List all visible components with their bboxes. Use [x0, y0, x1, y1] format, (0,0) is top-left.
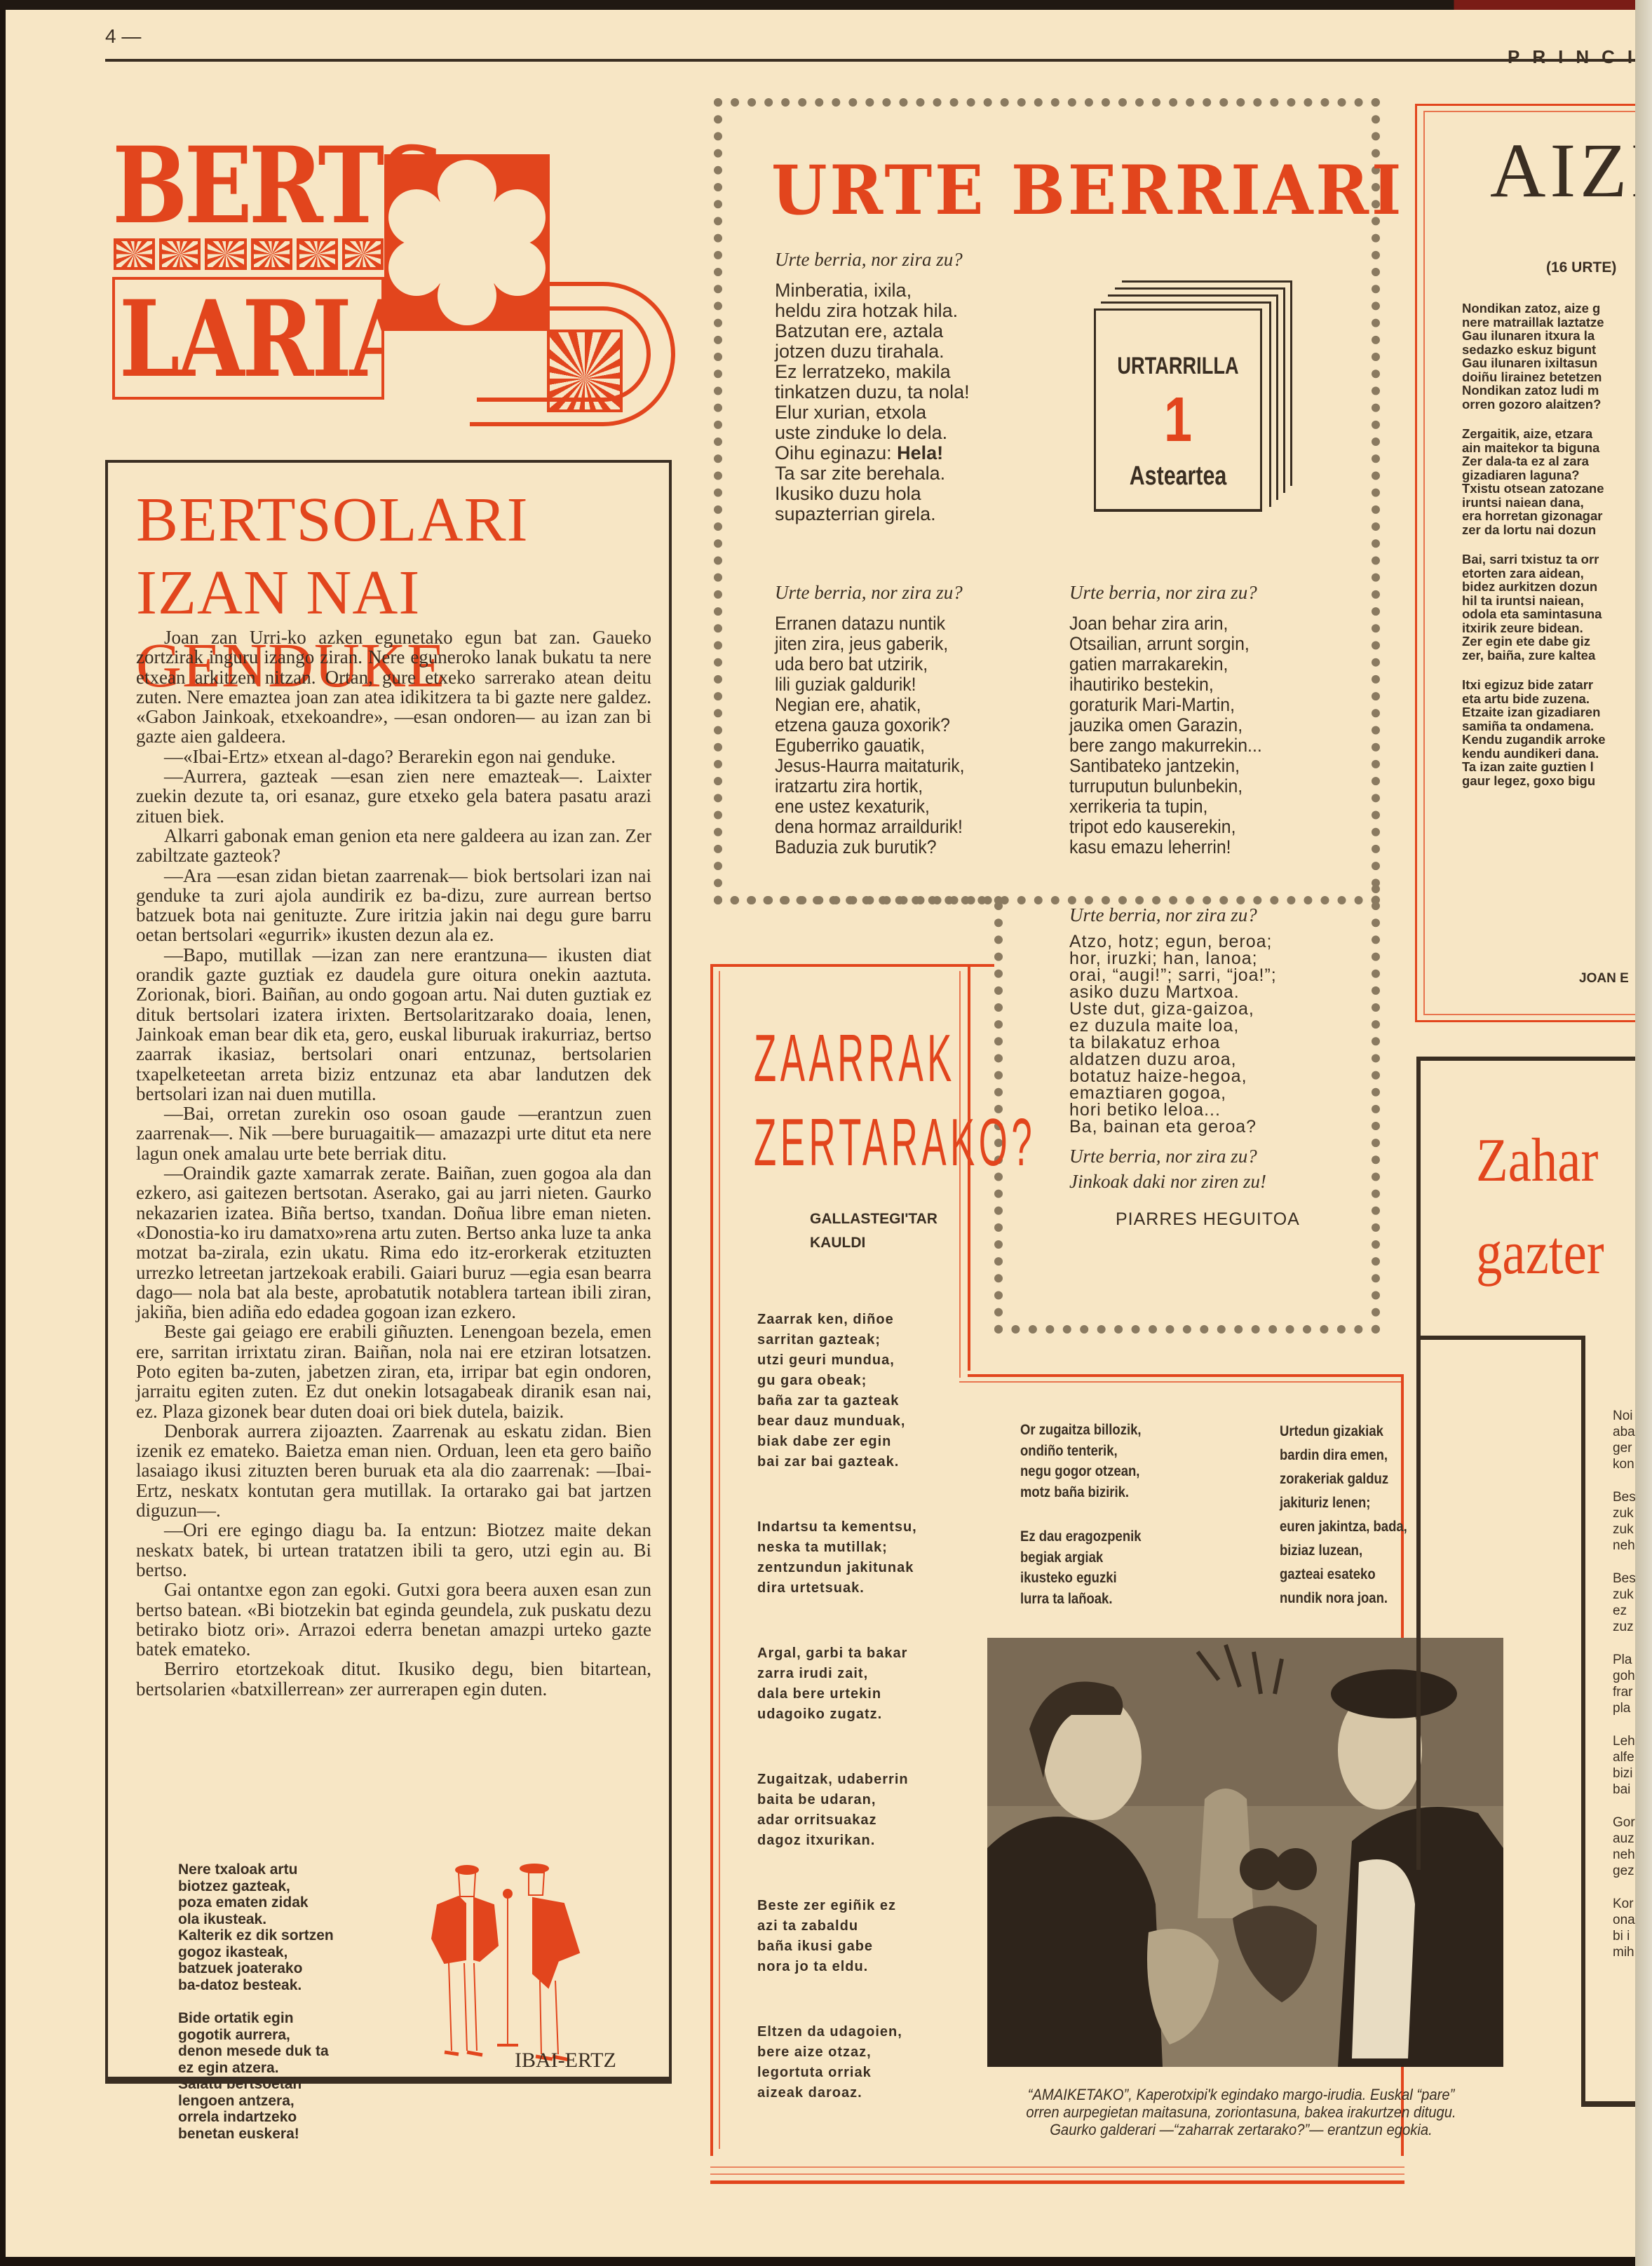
bertsolaria-logo: BERTS LARIA — [112, 140, 687, 421]
poem-stanza: Zergaitik, aize, etzaraain maitekor ta b… — [1462, 427, 1630, 536]
closing-line: Urte berria, nor zira zu? — [1069, 1144, 1300, 1169]
text-line: era horretan gizonagar — [1462, 509, 1630, 523]
poem-stanza: Nondikan zatoz, aize gnere matraillak la… — [1462, 301, 1630, 411]
verse-line: Otsailian, arrunt sorgin, — [1069, 634, 1262, 654]
refrain: Urte berria, nor zira zu? — [1069, 904, 1300, 926]
calendar-weekday: Asteartea — [1112, 461, 1243, 491]
caption-line: “AMAIKETAKO”, Kaperotxipi'k egindako mar… — [977, 2086, 1505, 2103]
logo-line-2-frame: LARIA — [112, 277, 384, 400]
verse-line: uste zinduke lo dela. — [775, 423, 970, 443]
flower-ornament-icon — [251, 238, 292, 270]
red-border — [710, 2166, 1404, 2168]
text-line: utzi geuri mundua, — [757, 1350, 917, 1371]
aize-title: AIZE — [1490, 126, 1652, 215]
refrain: Urte berria, nor zira zu? — [1069, 582, 1279, 604]
caption-line: Gaurko galderari —“zaharrak zertarako?”—… — [977, 2121, 1505, 2138]
text-line: Beste zer egiñik ez — [757, 1896, 917, 1916]
text-line: negu gogor otzean, — [1020, 1461, 1142, 1482]
text-line: bidez aurkitzen dozun — [1462, 580, 1630, 594]
poem-stanza: Urtedun gizakiakbardin dira emen,zoraker… — [1280, 1420, 1407, 1610]
text-line: baña ikusi gabe — [757, 1936, 917, 1957]
article-paragraph: —Aurrera, gazteak —esan zien nere emazte… — [136, 766, 651, 826]
title-line: ZERTARAKO? — [754, 1101, 1036, 1185]
text-line: jakituriz lenen; — [1280, 1491, 1407, 1515]
page-fold-edge — [1635, 0, 1652, 2266]
urte-stanza-1: Urte berria, nor zira zu? Minberatia, ix… — [775, 249, 970, 524]
verse-line: Negian ere, ahatik, — [775, 695, 965, 715]
poem-line: benetan euskera! — [178, 2126, 334, 2143]
zaarrak-author: GALLASTEGI'TAR KAULDI — [810, 1207, 937, 1255]
poem-stanza: Itxi egizuz bide zatarreta artu bide zuz… — [1462, 678, 1630, 787]
poem-line: ola ikusteak. — [178, 1911, 334, 1928]
text-line: gizadiaren laguna? — [1462, 468, 1630, 482]
poem-line: orrela indartzeko — [178, 2109, 334, 2126]
text-line: baita be udaran, — [757, 1790, 917, 1810]
verse-line: Erranen datazu nuntik — [775, 613, 965, 634]
verse-line: Elur xurian, etxola — [775, 402, 970, 423]
verse-line: jauzika omen Garazin, — [1069, 715, 1262, 735]
text-line: bere aize otzaz, — [757, 2042, 917, 2063]
poem-stanza: Eltzen da udagoien,bere aize otzaz,legor… — [757, 2022, 917, 2103]
verse-line: ez duzula maite loa, — [1069, 1017, 1300, 1034]
verse-line: tinkatzen duzu, ta nola! — [775, 382, 970, 402]
text-line: gaur legez, goxo bigu — [1462, 774, 1630, 788]
text-line: udagoiko zugatz. — [757, 1704, 917, 1725]
caption-line: orren aurpegietan maitasuna, zoriontasun… — [977, 2103, 1505, 2121]
verse-line: Ta sar zite berehala. — [775, 463, 970, 484]
bertsolaris-drawing — [424, 1861, 599, 2072]
zaarrak-poem-left: Zaarrak ken, diñoesarritan gazteak;utzi … — [757, 1310, 917, 2148]
flower-ornament-icon — [205, 238, 246, 270]
running-head: PRINCI — [1508, 46, 1645, 68]
verse-line: Atzo, hotz; egun, beroa; — [1069, 933, 1300, 950]
zaarrak-poem-middle: Or zugaitza billozik,ondiño tenterik,neg… — [1020, 1420, 1142, 1633]
zaarrak-poem-right: Urtedun gizakiakbardin dira emen,zoraker… — [1280, 1420, 1407, 1634]
red-border — [719, 971, 720, 2149]
text-line: eta artu bide zuzena. — [1462, 692, 1630, 706]
text-line: nora jo ta eldu. — [757, 1957, 917, 1977]
article-paragraph: —Ori ere egingo diagu ba. Ia entzun: Bio… — [136, 1520, 651, 1580]
article-paragraph: Berriro etortzekoak ditut. Ikusiko degu,… — [136, 1659, 651, 1699]
text-line: azi ta zabaldu — [757, 1916, 917, 1936]
text-line: samiña ta ondamena. — [1462, 719, 1630, 733]
aize-subtitle: (16 URTE) — [1546, 259, 1616, 276]
verse-line: xerrikeria ta tupin, — [1069, 796, 1262, 817]
poem-line: Nere txaloak artu — [178, 1861, 334, 1878]
article-paragraph: —Bapo, mutillak —izan zan nere erantzuna… — [136, 945, 651, 1104]
article-signature: IBAI-ERTZ — [515, 2049, 616, 2072]
verse-line: Uste dut, giza-gaizoa, — [1069, 1000, 1300, 1017]
verse-line: kasu emazu leherrin! — [1069, 837, 1262, 857]
title-line: ZAARRAK — [754, 1017, 1036, 1101]
poem-line: ba-datoz besteak. — [178, 1977, 334, 1994]
header-rule — [105, 59, 1648, 62]
text-line: lurra ta lañoak. — [1020, 1589, 1142, 1610]
text-line: Kendu zugandik arroke — [1462, 733, 1630, 747]
poem-line: ez egin atzera. — [178, 2060, 334, 2077]
poem-stanza: Argal, garbi ta bakarzarra irudi zait,da… — [757, 1643, 917, 1725]
article-paragraph: —Oraindik gazte xamarrak zerate. Baiñan,… — [136, 1163, 651, 1322]
verse-text: Oihu eginazu: — [775, 442, 897, 463]
article-paragraph: —«Ibai-Ertz» etxean al-dago? Berarekin e… — [136, 747, 651, 766]
refrain: Urte berria, nor zira zu? — [775, 249, 970, 271]
verse-line: Santibateko jantzekin, — [1069, 756, 1262, 776]
calendar-month: URTARRILLA — [1112, 353, 1243, 380]
text-line: dala bere urtekin — [757, 1684, 917, 1704]
article-paragraph: Gai ontantxe egon zan egoki. Gutxi gora … — [136, 1580, 651, 1659]
verse-line: Ez lerratzeko, makila — [775, 362, 970, 382]
text-line: gazteai esateko — [1280, 1563, 1407, 1587]
text-line: iruntsi naiean dana, — [1462, 496, 1630, 510]
poem-stanza: Beste zer egiñik ezazi ta zabaldubaña ik… — [757, 1896, 917, 1977]
text-line: dira urtetsuak. — [757, 1578, 917, 1599]
verse-line: orai, “augi!”; sarri, “joa!”; — [1069, 967, 1300, 984]
text-line: Bai, sarri txistuz ta orr — [1462, 552, 1630, 566]
flower-ornament-icon — [114, 238, 155, 270]
poem-line: denon mesede duk ta — [178, 2043, 334, 2060]
text-line: kendu aundikeri dana. — [1462, 747, 1630, 761]
box-gap-mask — [722, 885, 1003, 893]
text-line: Nondikan zatoz ludi m — [1462, 384, 1630, 398]
article-poem: Nere txaloak artu biotzez gazteak, poza … — [178, 1861, 334, 2159]
red-border — [710, 2180, 1404, 2184]
poem-line: lengoen antzera, — [178, 2093, 334, 2110]
text-line: Urtedun gizakiak — [1280, 1420, 1407, 1444]
verse-line: gatien marrakarekin, — [1069, 654, 1262, 674]
text-line: legortuta orriak — [757, 2063, 917, 2083]
verse-line: heldu zira hotzak hila. — [775, 301, 970, 321]
scan-top-edge — [0, 0, 1652, 10]
poem-stanza: Indartsu ta kementsu,neska ta mutillak;z… — [757, 1517, 917, 1599]
verse-line: Minberatia, ixila, — [775, 280, 970, 301]
text-line: ain maitekor ta biguna — [1462, 441, 1630, 455]
title-line: gazter — [1476, 1207, 1604, 1300]
red-border — [710, 2173, 1404, 2175]
text-line: Zaarrak ken, diñoe — [757, 1310, 917, 1330]
text-line: begiak argiak — [1020, 1547, 1142, 1568]
verse-line: emaztiaren gogoa, — [1069, 1085, 1300, 1101]
text-line: gu gara obeak; — [757, 1371, 917, 1391]
verse-line: ihautiriko bestekin, — [1069, 674, 1262, 695]
poem-line: poza ematen zidak — [178, 1894, 334, 1911]
poem-stanza: Bide ortatik egin gogotik aurrera, denon… — [178, 2010, 334, 2142]
poem-stanza: Bai, sarri txistuz ta orretorten zara ai… — [1462, 552, 1630, 662]
text-line: Indartsu ta kementsu, — [757, 1517, 917, 1538]
text-line: hil ta iruntsi naiean, — [1462, 594, 1630, 608]
verse-line: hori betiko leloa... — [1069, 1101, 1300, 1118]
verse-line: tripot edo kauserekin, — [1069, 817, 1262, 837]
verse-line: bere zango makurrekin... — [1069, 735, 1262, 756]
verse-line: dena hormaz arraildurik! — [775, 817, 965, 837]
text-line: Itxi egizuz bide zatarr — [1462, 678, 1630, 692]
zaarrak-title: ZAARRAK ZERTARAKO? — [754, 1017, 1036, 1185]
text-line: neska ta mutillak; — [757, 1538, 917, 1558]
poem-stanza: Nere txaloak artu biotzez gazteak, poza … — [178, 1861, 334, 1993]
text-line: Gau ilunaren itxura la — [1462, 329, 1630, 343]
verse-line: supazterrian girela. — [775, 504, 970, 524]
text-line: ondiño tenterik, — [1020, 1441, 1142, 1462]
verse-line: Ikusiko duzu hola — [775, 484, 970, 504]
page-number: 4 — — [105, 25, 141, 48]
refrain: Urte berria, nor zira zu? — [775, 582, 981, 604]
text-line: Ez dau eragozpenik — [1020, 1526, 1142, 1547]
verse-line: Batzutan ere, aztala — [775, 321, 970, 341]
text-line: nere matraillak laztatze — [1462, 316, 1630, 330]
verse-line: Baduzia zuk burutik? — [775, 837, 965, 857]
text-line: zarra irudi zait, — [757, 1664, 917, 1684]
text-line: zer da lortu nai dozun — [1462, 523, 1630, 537]
text-line: Nondikan zatoz, aize g — [1462, 301, 1630, 316]
author-line: GALLASTEGI'TAR — [810, 1207, 937, 1231]
verse-bold-word: Hela! — [897, 442, 943, 463]
poem-stanza: Zugaitzak, udaberrinbaita be udaran,adar… — [757, 1770, 917, 1851]
verse-line: ene ustez kexaturik, — [775, 796, 965, 817]
text-line: Eltzen da udagoien, — [757, 2022, 917, 2042]
article-paragraph: —Ara —esan zidan bietan zaarrenak— biok … — [136, 866, 651, 945]
urte-stanza-3: Urte berria, nor zira zu? Joan behar zir… — [1069, 582, 1279, 857]
text-line: sedazko eskuz bigunt — [1462, 343, 1630, 357]
text-line: doiñu lirainez betetzen — [1462, 370, 1630, 384]
article-paragraph: —Bai, orretan zurekin oso osoan gaude —e… — [136, 1104, 651, 1163]
verse-line: Oihu eginazu: Hela! — [775, 443, 970, 463]
text-line: biziaz luzean, — [1280, 1539, 1407, 1563]
text-line: etorten zara aidean, — [1462, 566, 1630, 581]
text-line: Argal, garbi ta bakar — [757, 1643, 917, 1664]
verse-line: etzena gauza goxorik? — [775, 715, 965, 735]
poem-line: Kalterik ez dik sortzen — [178, 1927, 334, 1944]
aize-signature: JOAN E — [1579, 971, 1629, 986]
verse-line: jiten zira, jeus gaberik, — [775, 634, 965, 654]
black-border — [1416, 1336, 1585, 1340]
text-line: Zer dala-ta ez al zara — [1462, 454, 1630, 468]
urte-author: PIARRES HEGUITOA — [1116, 1209, 1300, 1230]
poem-line: Bide ortatik egin — [178, 2010, 334, 2027]
zahar-title: Zahar gazter — [1476, 1115, 1604, 1300]
text-line: zentzundun jakitunak — [757, 1558, 917, 1578]
red-border — [968, 1374, 1402, 1377]
author-line: KAULDI — [810, 1231, 937, 1255]
logo-ornament-row — [114, 238, 384, 270]
poem-line: gogoz ikasteak, — [178, 1944, 334, 1961]
verse-line: asiko duzu Martxoa. — [1069, 984, 1300, 1000]
poem-line: Saiatu bertsoetan — [178, 2076, 334, 2093]
text-line: zer, baiña, zure kaltea — [1462, 649, 1630, 663]
flower-ornament-icon — [297, 238, 338, 270]
article-paragraph: Alkarri gabonak eman genion eta nere gal… — [136, 826, 651, 866]
dotted-border — [714, 896, 1003, 904]
verse-line: Eguberriko gauatik, — [775, 735, 965, 756]
flower-ornament-icon — [159, 238, 201, 270]
text-line: adar orritsuakaz — [757, 1810, 917, 1831]
verse-line: iratzartu zira hortik, — [775, 776, 965, 796]
poem-stanza: Or zugaitza billozik,ondiño tenterik,neg… — [1020, 1420, 1142, 1502]
article-paragraph: Beste gai geiago ere erabili giñuzten. L… — [136, 1322, 651, 1420]
flower-ornament-icon — [342, 238, 384, 270]
calendar-day: 1 — [1112, 384, 1243, 456]
poem-line: gogotik aurrera, — [178, 2027, 334, 2044]
red-border — [710, 964, 713, 2156]
poem-line: batzuek joaterako — [178, 1960, 334, 1977]
verse-line: Joan behar zira arin, — [1069, 613, 1262, 634]
text-line: euren jakintza, bada, — [1280, 1515, 1407, 1539]
text-line: bai zar bai gazteak. — [757, 1452, 917, 1472]
red-border — [710, 964, 994, 967]
verse-line: botatuz haize-hegoa, — [1069, 1068, 1300, 1085]
text-line: Zergaitik, aize, etzara — [1462, 427, 1630, 441]
text-line: Zer egin ete dabe giz — [1462, 635, 1630, 649]
text-line: Ta izan zaite guztien l — [1462, 760, 1630, 774]
logo-hook-ornament — [470, 277, 694, 431]
urte-stanza-4: Urte berria, nor zira zu? Atzo, hotz; eg… — [1069, 904, 1300, 1230]
urte-berriari-title: URTE BERRIARI — [771, 151, 1404, 230]
text-line: Txistu otsean zatozane — [1462, 482, 1630, 496]
text-line: baña zar ta gazteak — [757, 1391, 917, 1411]
verse-line: uda bero bat utzirik, — [775, 654, 965, 674]
text-line: sarritan gazteak; — [757, 1330, 917, 1350]
title-line: Zahar — [1476, 1115, 1604, 1207]
text-line: bardin dira emen, — [1280, 1444, 1407, 1467]
article-paragraph: Denborak aurrera zijoazten. Zaarrenak au… — [136, 1421, 651, 1520]
verse-line: Jesus-Haurra maitaturik, — [775, 756, 965, 776]
verse-line: goraturik Mari-Martin, — [1069, 695, 1262, 715]
verse-line: hor, iruzki; han, lanoa; — [1069, 950, 1300, 967]
text-line: aizeak daroaz. — [757, 2083, 917, 2103]
text-line: nundik nora joan. — [1280, 1587, 1407, 1610]
calendar-front: URTARRILLA 1 Asteartea — [1094, 308, 1262, 512]
article-box: BERTSOLARI IZAN NAI GENDUKE Joan zan Urr… — [105, 460, 672, 2084]
text-line: bear dauz munduak, — [757, 1411, 917, 1432]
text-line: itxirik zeure bidean. — [1462, 621, 1630, 635]
text-line: Gau ilunaren ixiltasun — [1462, 356, 1630, 370]
article-paragraph: Joan zan Urri-ko azken egunetako egun ba… — [136, 627, 651, 747]
text-line: biak dabe zer egin — [757, 1432, 917, 1452]
text-line: Zugaitzak, udaberrin — [757, 1770, 917, 1790]
urte-stanza-2: Urte berria, nor zira zu? Erranen datazu… — [775, 582, 981, 857]
text-line: ikusteko eguzki — [1020, 1568, 1142, 1589]
verse-line: Ba, bainan eta geroa? — [1069, 1118, 1300, 1135]
verse-line: aldatzen duzu aroa, — [1069, 1051, 1300, 1068]
text-line: Or zugaitza billozik, — [1020, 1420, 1142, 1441]
logo-line-2: LARIA — [119, 287, 384, 392]
text-line: motz baña bizirik. — [1020, 1482, 1142, 1503]
verse-line: lili guziak galdurik! — [775, 674, 965, 695]
aize-poem: Nondikan zatoz, aize gnere matraillak la… — [1462, 301, 1630, 803]
text-line: Etzaite izan gizadiaren — [1462, 705, 1630, 719]
closing-line: Jinkoak daki nor ziren zu! — [1069, 1169, 1300, 1194]
calendar-page: URTARRILLA 1 Asteartea — [1094, 280, 1269, 512]
poem-stanza: Ez dau eragozpenikbegiak argiakikusteko … — [1020, 1526, 1142, 1609]
text-line: zorakeriak galduz — [1280, 1467, 1407, 1491]
verse-line: ta bilakatuz erhoa — [1069, 1034, 1300, 1051]
red-border — [959, 1381, 1402, 1383]
text-line: dagoz itxurikan. — [757, 1831, 917, 1851]
verse-line: turruputun bulunbekin, — [1069, 776, 1262, 796]
text-line: odola eta samintasuna — [1462, 607, 1630, 621]
text-line: orren gozoro alaitzen? — [1462, 398, 1630, 412]
poem-line: biotzez gazteak, — [178, 1878, 334, 1895]
poem-stanza: Zaarrak ken, diñoesarritan gazteak;utzi … — [757, 1310, 917, 1472]
article-body: Joan zan Urri-ko azken egunetako egun ba… — [136, 627, 651, 1699]
painting-caption: “AMAIKETAKO”, Kaperotxipi'k egindako mar… — [977, 2086, 1505, 2138]
verse-line: jotzen duzu tirahala. — [775, 341, 970, 362]
